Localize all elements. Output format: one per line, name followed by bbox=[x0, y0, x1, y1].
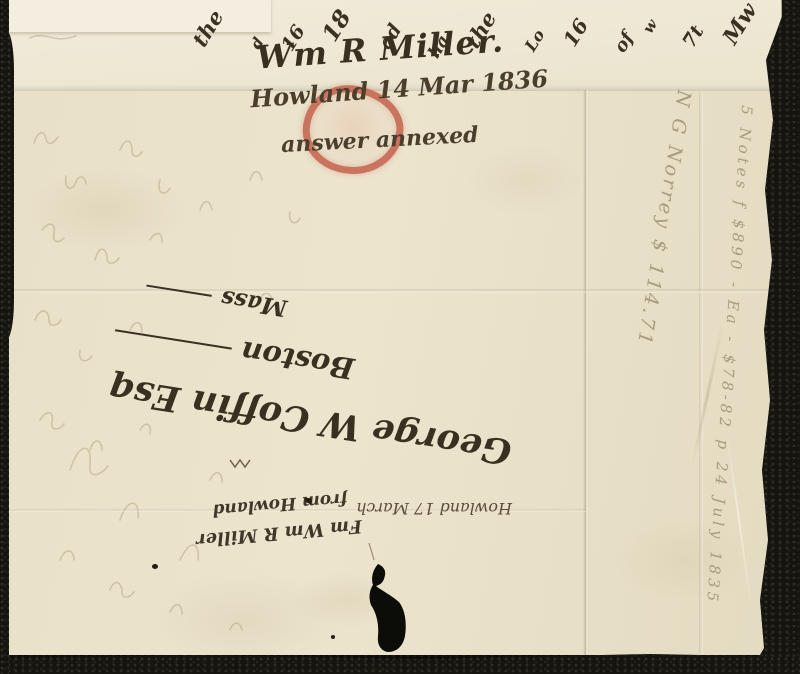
ink-speck bbox=[331, 635, 335, 639]
ink-speck bbox=[152, 564, 158, 569]
address-state-text: Mass bbox=[219, 285, 289, 322]
backdrop-left-notch bbox=[0, 30, 14, 340]
page-edge-text-fragments: tothed1618adhatheLo16ofw7tMw bbox=[178, 0, 792, 92]
reverse-postmark-note: Howland 17 March bbox=[352, 499, 512, 518]
address-city-text: Boston bbox=[239, 334, 357, 385]
letter-scan-photo: Wm R Miller. Howland 14 Mar 1836 answer … bbox=[0, 0, 800, 674]
